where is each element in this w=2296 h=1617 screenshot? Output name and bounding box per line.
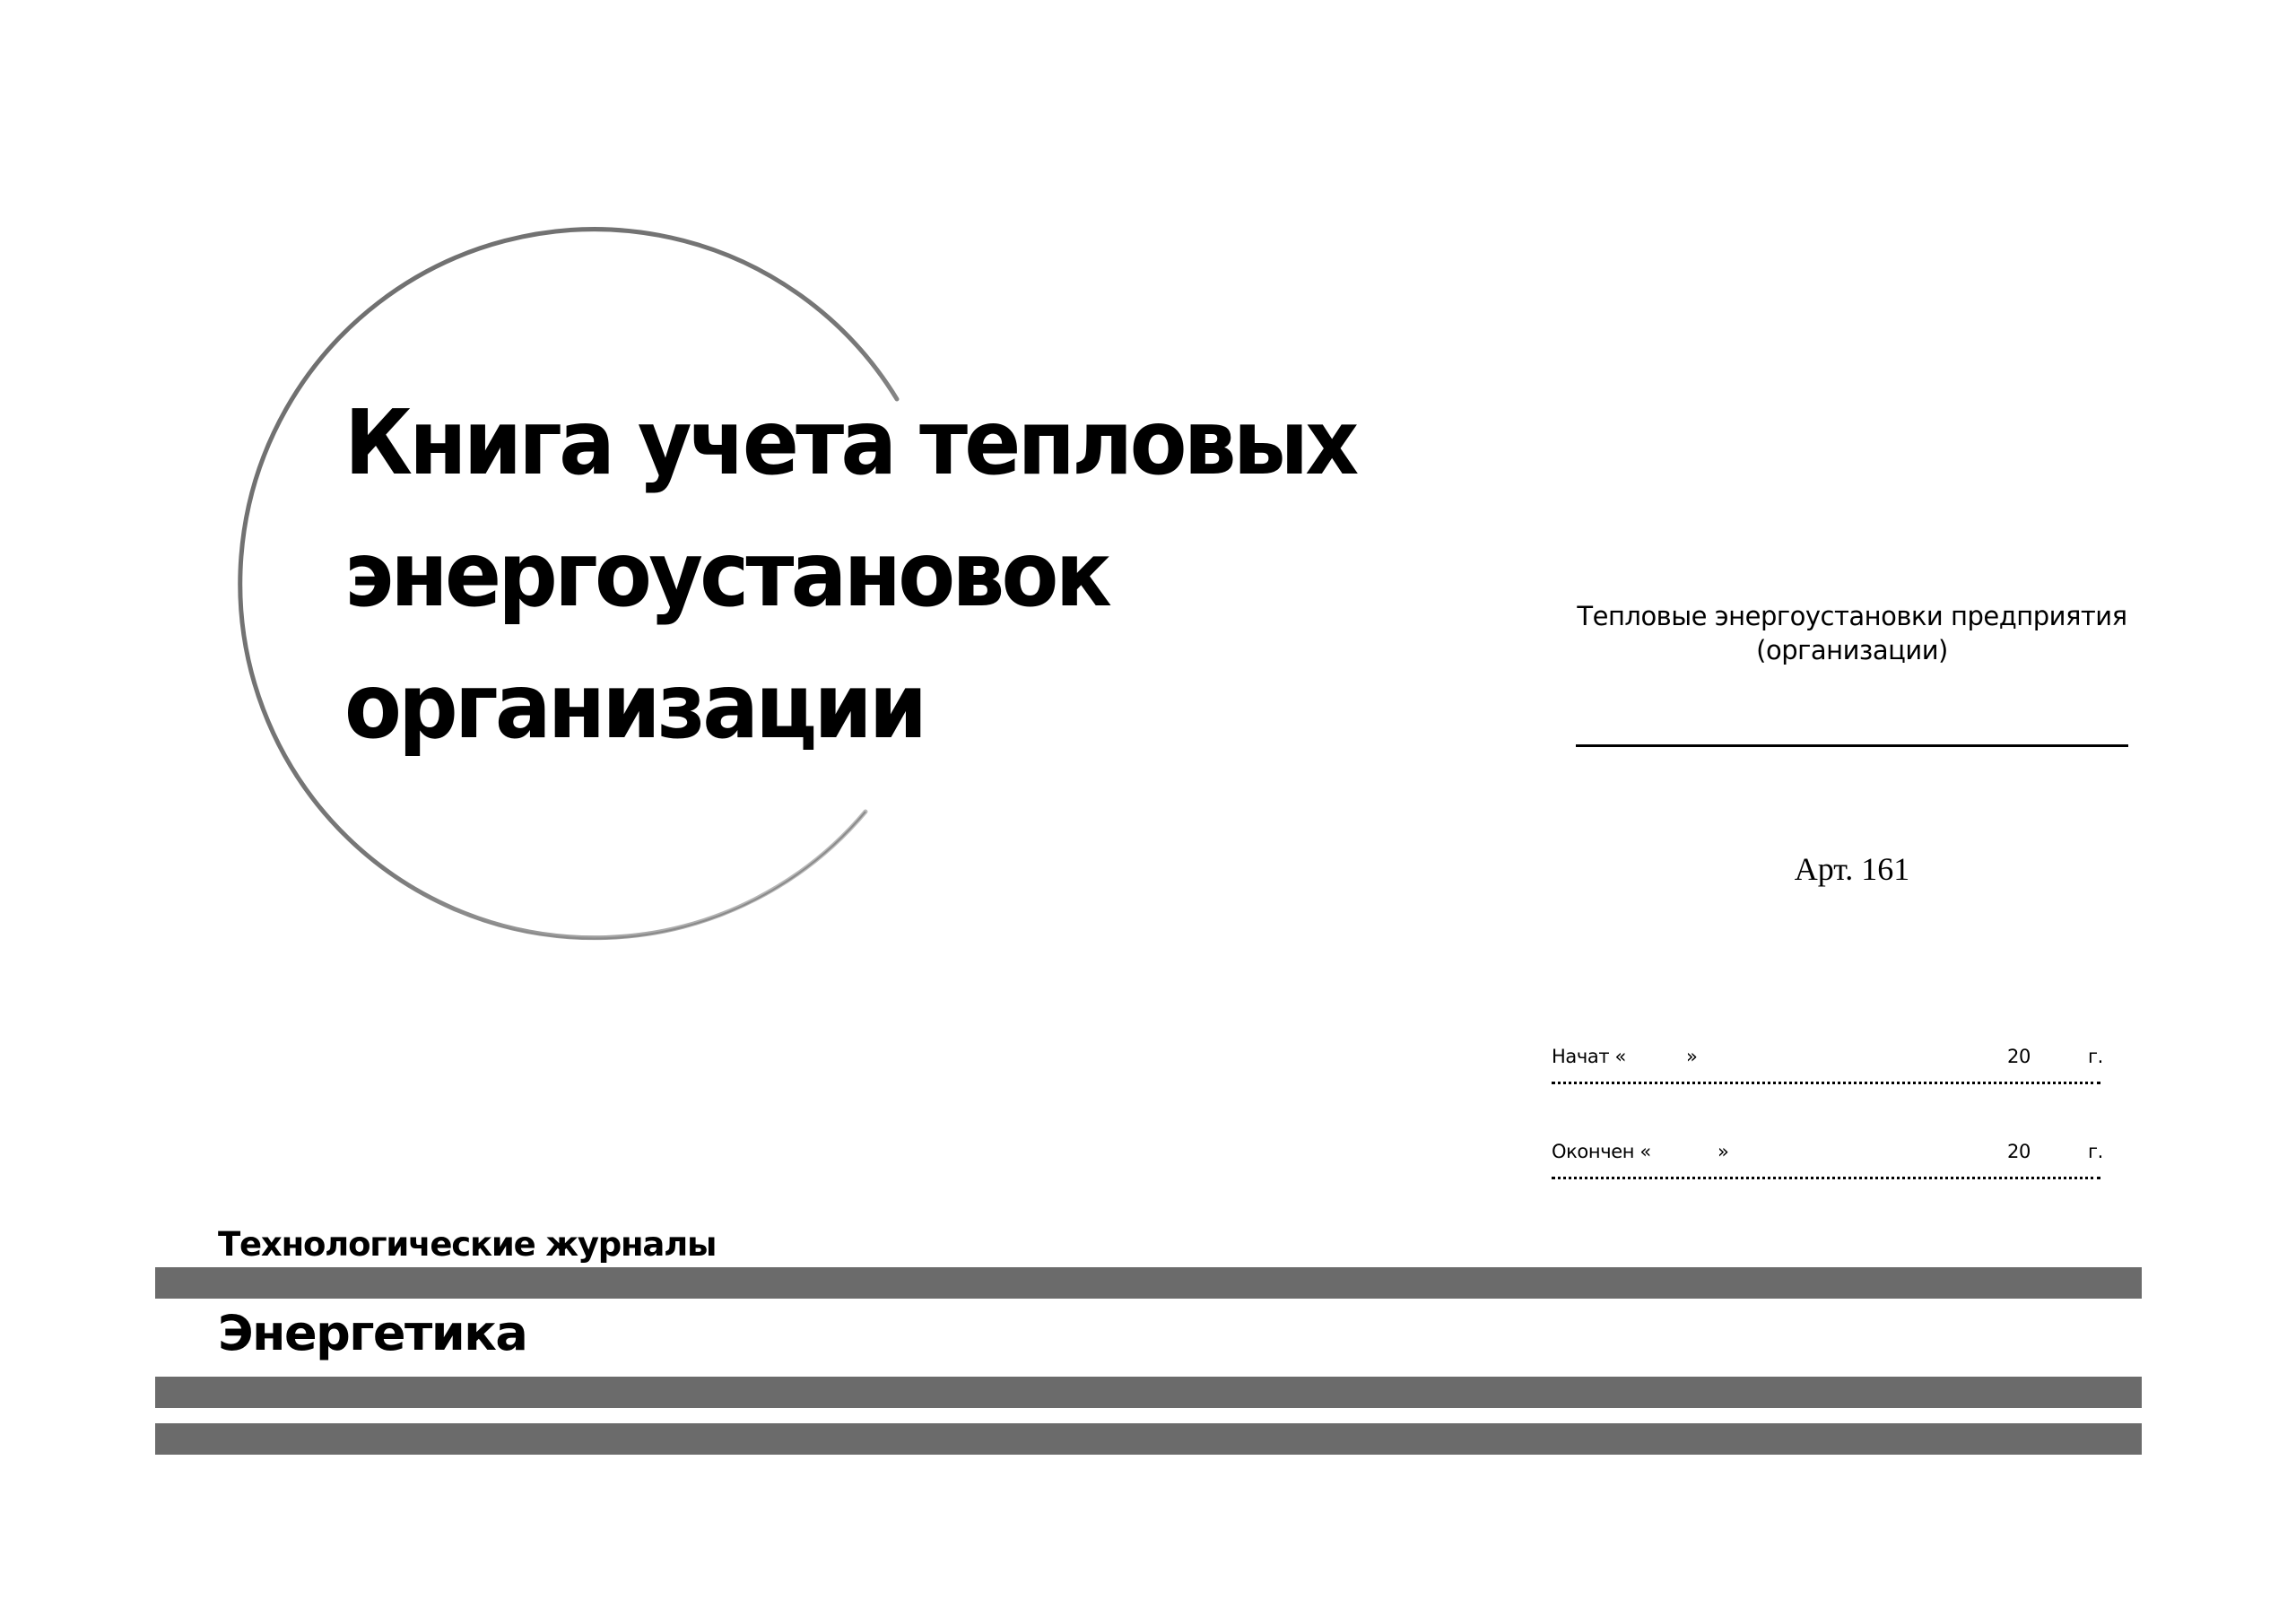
book-title: Книга учета тепловых энергоустановок орг…: [344, 377, 1356, 772]
decorative-circle-arc-icon: [0, 0, 2296, 1617]
title-line-1: Книга учета тепловых: [344, 377, 1356, 509]
end-date-close-quote: »: [1718, 1141, 1728, 1162]
series-label: Технологические журналы: [218, 1225, 716, 1264]
decorative-bar-top: [155, 1267, 2142, 1299]
start-date-year-suffix: г.: [2088, 1046, 2103, 1067]
end-date-field[interactable]: Окончен « » 20 г.: [1552, 1141, 2100, 1168]
organization-caption-line-1: Тепловые энергоустановки предприятия: [1561, 599, 2144, 633]
start-date-year-prefix: 20: [2007, 1046, 2031, 1067]
organization-caption: Тепловые энергоустановки предприятия (ор…: [1561, 599, 2144, 667]
decorative-bar-bottom: [155, 1423, 2142, 1455]
journal-cover-page: Книга учета тепловых энергоустановок орг…: [0, 0, 2296, 1617]
end-date-dotted-line: [1552, 1177, 2100, 1179]
end-date-year-prefix: 20: [2007, 1141, 2031, 1162]
start-date-dotted-line: [1552, 1082, 2100, 1084]
decorative-bar-middle: [155, 1377, 2142, 1408]
organization-name-field[interactable]: [1576, 744, 2128, 747]
article-number: Арт. 161: [1561, 850, 2144, 888]
organization-caption-line-2: (организации): [1561, 633, 2144, 667]
title-line-2: энергоустановок: [344, 509, 1356, 640]
category-label: Энергетика: [218, 1305, 526, 1361]
start-date-field[interactable]: Начат « » 20 г.: [1552, 1046, 2100, 1073]
end-date-label: Окончен «: [1552, 1141, 1651, 1162]
title-line-3: организации: [344, 640, 1356, 772]
end-date-year-suffix: г.: [2088, 1141, 2103, 1162]
start-date-label: Начат «: [1552, 1046, 1626, 1067]
start-date-close-quote: »: [1686, 1046, 1697, 1067]
